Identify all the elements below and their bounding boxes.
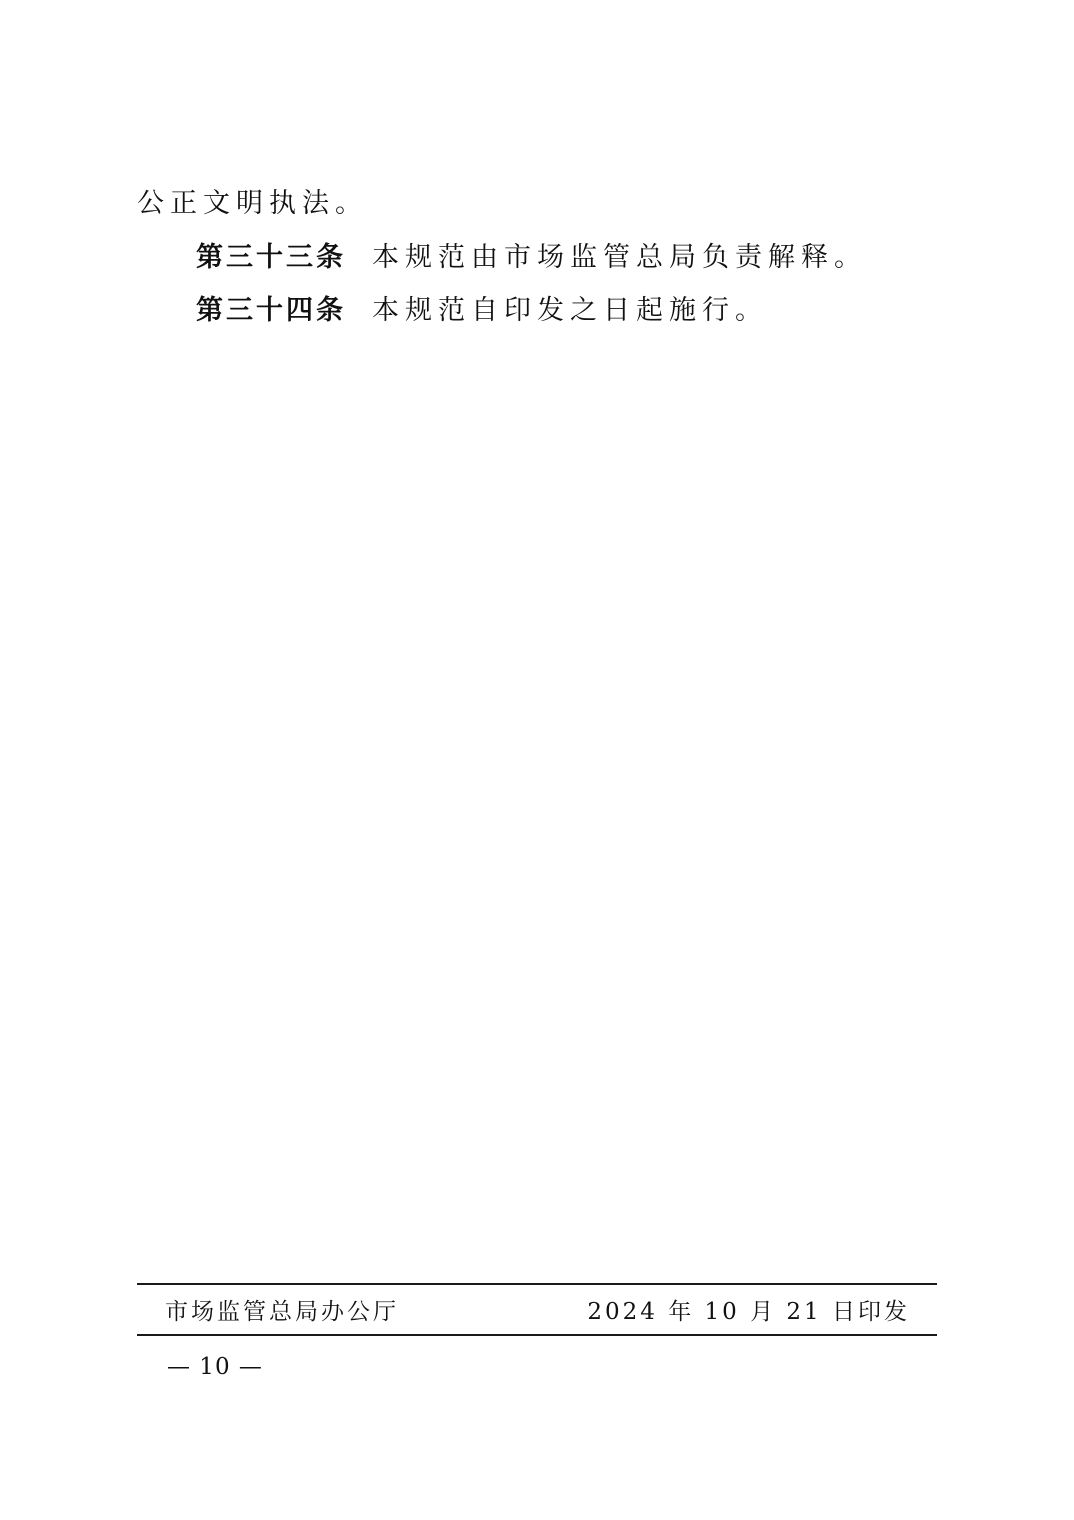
- colophon: 市场监管总局办公厅 2024 年 10 月 21 日印发: [165, 1292, 910, 1326]
- colophon-issue-date: 2024 年 10 月 21 日印发: [587, 1293, 910, 1326]
- continuation-paragraph: 公正文明执法。: [137, 186, 368, 222]
- document-page: 公正文明执法。 第三十三条本规范由市场监管总局负责解释。 第三十四条本规范自印发…: [0, 0, 1074, 1520]
- article-text: 本规范由市场监管总局负责解释。: [372, 242, 867, 273]
- article-33: 第三十三条本规范由市场监管总局负责解释。: [196, 240, 867, 276]
- colophon-bottom-rule: [137, 1334, 937, 1336]
- colophon-issuer: 市场监管总局办公厅: [165, 1293, 399, 1326]
- article-number: 第三十三条: [196, 242, 346, 273]
- article-34: 第三十四条本规范自印发之日起施行。: [196, 293, 768, 329]
- article-text: 本规范自印发之日起施行。: [372, 295, 768, 326]
- article-number: 第三十四条: [196, 295, 346, 326]
- colophon-top-rule: [137, 1283, 937, 1285]
- page-number: — 10 —: [167, 1354, 263, 1380]
